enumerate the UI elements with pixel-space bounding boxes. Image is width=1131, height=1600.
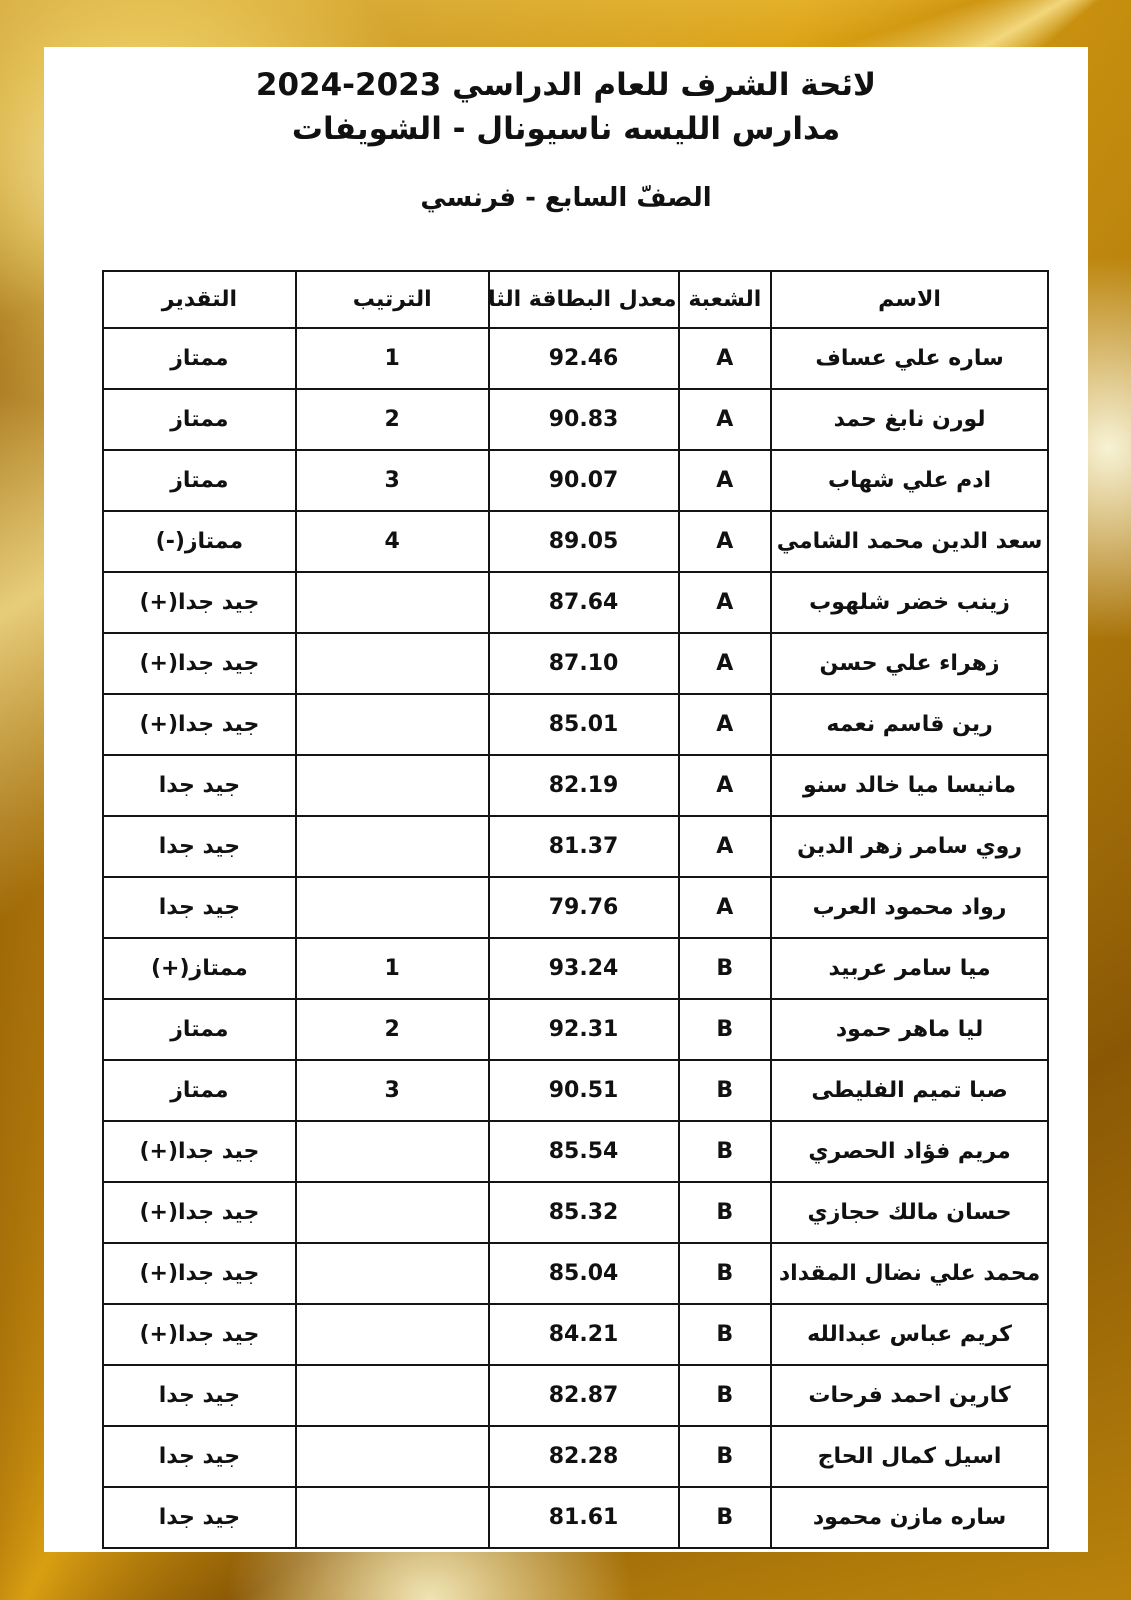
cell-average: 87.64 — [489, 572, 679, 633]
cell-name: ليا ماهر حمود — [771, 999, 1048, 1060]
cell-section: A — [679, 450, 772, 511]
cell-rank — [296, 877, 489, 938]
header-row: الاسمالشعبةمعدل البطاقة الثانيةالترتيبال… — [103, 271, 1048, 328]
cell-average: 90.51 — [489, 1060, 679, 1121]
cell-rank: 4 — [296, 511, 489, 572]
cell-grade: جيد جدا(+) — [103, 1182, 296, 1243]
cell-rank: 1 — [296, 938, 489, 999]
cell-average: 85.01 — [489, 694, 679, 755]
academic-year: 2024-2023 — [256, 67, 441, 103]
cell-grade: جيد جدا — [103, 877, 296, 938]
cell-name: زينب خضر شلهوب — [771, 572, 1048, 633]
cell-section: B — [679, 938, 772, 999]
cell-section: B — [679, 1243, 772, 1304]
cell-grade: جيد جدا(+) — [103, 1243, 296, 1304]
student-row: زهراء علي حسنA87.10جيد جدا(+) — [103, 633, 1048, 694]
cell-rank — [296, 1487, 489, 1548]
student-row: اسيل كمال الحاجB82.28جيد جدا — [103, 1426, 1048, 1487]
student-row: ساره علي عسافA92.461ممتاز — [103, 328, 1048, 389]
cell-grade: جيد جدا(+) — [103, 572, 296, 633]
student-row: مريم فؤاد الحصريB85.54جيد جدا(+) — [103, 1121, 1048, 1182]
cell-name: صبا تميم الفليطى — [771, 1060, 1048, 1121]
cell-name: زهراء علي حسن — [771, 633, 1048, 694]
cell-name: مريم فؤاد الحصري — [771, 1121, 1048, 1182]
student-row: كريم عباس عبداللهB84.21جيد جدا(+) — [103, 1304, 1048, 1365]
cell-grade: جيد جدا — [103, 1487, 296, 1548]
cell-average: 92.46 — [489, 328, 679, 389]
cell-name: ساره مازن محمود — [771, 1487, 1048, 1548]
cell-rank — [296, 1426, 489, 1487]
column-header-section: الشعبة — [679, 271, 772, 328]
cell-grade: جيد جدا(+) — [103, 633, 296, 694]
student-row: ليا ماهر حمودB92.312ممتاز — [103, 999, 1048, 1060]
cell-rank: 2 — [296, 999, 489, 1060]
cell-average: 90.83 — [489, 389, 679, 450]
cell-average: 82.28 — [489, 1426, 679, 1487]
cell-name: سعد الدين محمد الشامي — [771, 511, 1048, 572]
cell-grade: ممتاز — [103, 389, 296, 450]
student-row: رواد محمود العربA79.76جيد جدا — [103, 877, 1048, 938]
cell-section: B — [679, 1487, 772, 1548]
content-card: لائحة الشرف للعام الدراسي 2024-2023 مدار… — [44, 47, 1088, 1552]
cell-grade: جيد جدا — [103, 1426, 296, 1487]
cell-rank — [296, 1182, 489, 1243]
cell-name: رواد محمود العرب — [771, 877, 1048, 938]
cell-section: B — [679, 1365, 772, 1426]
student-row: زينب خضر شلهوبA87.64جيد جدا(+) — [103, 572, 1048, 633]
cell-average: 92.31 — [489, 999, 679, 1060]
cell-average: 85.54 — [489, 1121, 679, 1182]
column-header-grade: التقدير — [103, 271, 296, 328]
cell-rank — [296, 1304, 489, 1365]
cell-average: 85.32 — [489, 1182, 679, 1243]
cell-average: 82.87 — [489, 1365, 679, 1426]
cell-average: 85.04 — [489, 1243, 679, 1304]
cell-rank — [296, 1121, 489, 1182]
cell-section: A — [679, 511, 772, 572]
student-row: مانيسا ميا خالد سنوA82.19جيد جدا — [103, 755, 1048, 816]
cell-grade: جيد جدا(+) — [103, 1304, 296, 1365]
student-row: رين قاسم نعمهA85.01جيد جدا(+) — [103, 694, 1048, 755]
cell-name: لورن نابغ حمد — [771, 389, 1048, 450]
cell-average: 81.61 — [489, 1487, 679, 1548]
cell-grade: جيد جدا — [103, 816, 296, 877]
school-name: مدارس الليسه ناسيونال - الشويفات — [44, 107, 1088, 151]
cell-section: A — [679, 633, 772, 694]
cell-name: حسان مالك حجازي — [771, 1182, 1048, 1243]
cell-section: B — [679, 1304, 772, 1365]
cell-section: A — [679, 572, 772, 633]
cell-section: B — [679, 1182, 772, 1243]
cell-grade: جيد جدا(+) — [103, 694, 296, 755]
cell-rank: 3 — [296, 1060, 489, 1121]
cell-name: روي سامر زهر الدين — [771, 816, 1048, 877]
student-row: ادم علي شهابA90.073ممتاز — [103, 450, 1048, 511]
table-body: ساره علي عسافA92.461ممتازلورن نابغ حمدA9… — [103, 328, 1048, 1548]
cell-average: 79.76 — [489, 877, 679, 938]
cell-section: A — [679, 816, 772, 877]
student-row: صبا تميم الفليطىB90.513ممتاز — [103, 1060, 1048, 1121]
cell-grade: ممتاز — [103, 328, 296, 389]
student-row: سعد الدين محمد الشاميA89.054ممتاز(-) — [103, 511, 1048, 572]
class-subtitle: الصفّ السابع - فرنسي — [44, 183, 1088, 213]
page-title-line1: لائحة الشرف للعام الدراسي 2024-2023 — [44, 63, 1088, 107]
cell-name: كارين احمد فرحات — [771, 1365, 1048, 1426]
cell-grade: ممتاز(-) — [103, 511, 296, 572]
cell-rank — [296, 816, 489, 877]
cell-section: A — [679, 877, 772, 938]
cell-rank — [296, 1365, 489, 1426]
cell-section: A — [679, 328, 772, 389]
column-header-name: الاسم — [771, 271, 1048, 328]
student-row: كارين احمد فرحاتB82.87جيد جدا — [103, 1365, 1048, 1426]
cell-grade: ممتاز — [103, 999, 296, 1060]
cell-rank: 1 — [296, 328, 489, 389]
cell-average: 90.07 — [489, 450, 679, 511]
cell-average: 87.10 — [489, 633, 679, 694]
page-title-text: لائحة الشرف للعام الدراسي — [452, 67, 876, 103]
cell-rank — [296, 755, 489, 816]
cell-rank — [296, 633, 489, 694]
cell-average: 93.24 — [489, 938, 679, 999]
cell-name: مانيسا ميا خالد سنو — [771, 755, 1048, 816]
student-row: ساره مازن محمودB81.61جيد جدا — [103, 1487, 1048, 1548]
cell-grade: ممتاز(+) — [103, 938, 296, 999]
column-header-average: معدل البطاقة الثانية — [489, 271, 679, 328]
table-header-row: الاسمالشعبةمعدل البطاقة الثانيةالترتيبال… — [103, 271, 1048, 328]
cell-name: ادم علي شهاب — [771, 450, 1048, 511]
student-row: ميا سامر عربيدB93.241ممتاز(+) — [103, 938, 1048, 999]
cell-name: محمد علي نضال المقداد — [771, 1243, 1048, 1304]
student-row: روي سامر زهر الدينA81.37جيد جدا — [103, 816, 1048, 877]
cell-grade: جيد جدا — [103, 755, 296, 816]
cell-average: 81.37 — [489, 816, 679, 877]
cell-rank — [296, 572, 489, 633]
cell-rank — [296, 1243, 489, 1304]
column-header-rank: الترتيب — [296, 271, 489, 328]
cell-grade: جيد جدا — [103, 1365, 296, 1426]
cell-average: 84.21 — [489, 1304, 679, 1365]
cell-average: 82.19 — [489, 755, 679, 816]
title-block: لائحة الشرف للعام الدراسي 2024-2023 مدار… — [44, 63, 1088, 213]
cell-section: B — [679, 1060, 772, 1121]
cell-rank — [296, 694, 489, 755]
cell-name: كريم عباس عبدالله — [771, 1304, 1048, 1365]
cell-section: A — [679, 755, 772, 816]
student-row: حسان مالك حجازيB85.32جيد جدا(+) — [103, 1182, 1048, 1243]
cell-average: 89.05 — [489, 511, 679, 572]
cell-name: اسيل كمال الحاج — [771, 1426, 1048, 1487]
cell-grade: ممتاز — [103, 1060, 296, 1121]
cell-rank: 2 — [296, 389, 489, 450]
cell-section: B — [679, 1121, 772, 1182]
cell-section: A — [679, 389, 772, 450]
cell-section: B — [679, 999, 772, 1060]
cell-name: ميا سامر عربيد — [771, 938, 1048, 999]
cell-name: ساره علي عساف — [771, 328, 1048, 389]
cell-grade: ممتاز — [103, 450, 296, 511]
cell-rank: 3 — [296, 450, 489, 511]
cell-section: B — [679, 1426, 772, 1487]
student-row: لورن نابغ حمدA90.832ممتاز — [103, 389, 1048, 450]
cell-section: A — [679, 694, 772, 755]
student-row: محمد علي نضال المقدادB85.04جيد جدا(+) — [103, 1243, 1048, 1304]
cell-grade: جيد جدا(+) — [103, 1121, 296, 1182]
cell-name: رين قاسم نعمه — [771, 694, 1048, 755]
honor-roll-table: الاسمالشعبةمعدل البطاقة الثانيةالترتيبال… — [102, 270, 1049, 1549]
page: { "header": { "title_line1_text": "لائحة… — [0, 0, 1131, 1600]
